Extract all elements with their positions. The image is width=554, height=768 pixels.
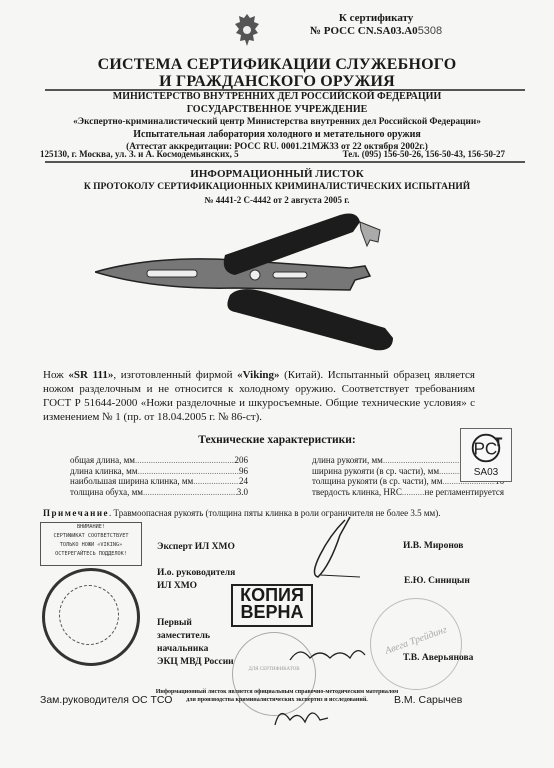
ministry-name: МИНИСТЕРСТВО ВНУТРЕННИХ ДЕЛ РОССИЙСКОЙ Ф… (0, 91, 554, 104)
spec-row: длина клинка, мм........................… (70, 466, 248, 477)
warning-line2: СЕРТИФИКАТ СООТВЕТСТВУЕТ (41, 532, 141, 541)
note: Примечание. Травмоопасная рукоять (толщи… (43, 508, 441, 518)
info-sheet-title: ИНФОРМАЦИОННЫЙ ЛИСТОК (0, 168, 554, 181)
deputy-name: В.М. Сарычев (394, 694, 462, 706)
address: 125130, г. Москва, ул. З. и А. Космодемь… (40, 149, 239, 159)
spec-leader-dots: ........................................… (193, 476, 239, 487)
deputy-role: Зам.руководителя ОС ТСО (40, 694, 172, 706)
manufacturer: «Viking» (237, 369, 279, 381)
phones: Тел. (095) 156-50-26, 156-50-43, 156-50-… (343, 149, 505, 159)
signer-name-first-deputy: Т.В. Аверьянова (403, 653, 473, 663)
spec-row: наибольшая ширина клинка, мм............… (70, 476, 248, 487)
mvd-seal (42, 568, 140, 666)
warning-line4: ОСТЕРЕГАЙТЕСЬ ПОДДЕЛОК! (41, 550, 141, 559)
system-title-line1: СИСТЕМА СЕРТИФИКАЦИИ СЛУЖЕБНОГО (0, 56, 554, 73)
spec-value: не регламентируется (425, 487, 504, 498)
spec-leader-dots: ........................................… (143, 487, 237, 498)
institution-type: ГОСУДАРСТВЕННОЕ УЧРЕЖДЕНИЕ (0, 104, 554, 117)
certificate-number-prefix: № РОСС CN.SA03.А0 (310, 25, 418, 37)
spec-leader-dots: ........................................… (138, 466, 239, 477)
spec-label: общая длина, мм (70, 455, 135, 466)
spec-label: толщина обуха, мм (70, 487, 143, 498)
rst-logo-icon: РС (461, 429, 511, 467)
warning-line3: ТОЛЬКО НОЖИ «VIKING» (41, 541, 141, 550)
system-title: СИСТЕМА СЕРТИФИКАЦИИ СЛУЖЕБНОГО И ГРАЖДА… (0, 56, 554, 90)
copy-stamp-line2: ВЕРНА (233, 604, 311, 621)
signer-role-acting-head: И.о. руководителя ИЛ ХМО (157, 567, 235, 593)
spec-label: длина клинка, мм (70, 466, 138, 477)
certificate-number: № РОСС CN.SA03.А05308 (310, 25, 442, 38)
description-paragraph: Нож «SR 111», изготовленный фирмой «Viki… (43, 368, 475, 424)
signature-deputy (285, 640, 375, 670)
certificate-number-suffix: 5308 (418, 25, 442, 37)
spec-value: 24 (239, 476, 248, 487)
spec-value: 96 (239, 466, 248, 477)
seal-eagle-icon (59, 585, 119, 645)
contact-row: 125130, г. Москва, ул. З. и А. Космодемь… (40, 149, 505, 159)
trade-seal: Авега Трейдинг (370, 598, 462, 690)
system-title-line2: И ГРАЖДАНСКОГО ОРУЖИЯ (0, 73, 554, 90)
spec-row: общая длина, мм.........................… (70, 455, 248, 466)
spec-leader-dots: ........................................… (135, 455, 235, 466)
copy-verified-stamp: КОПИЯ ВЕРНА (231, 584, 313, 627)
signature-sarychev (270, 700, 330, 735)
spec-row: толщина обуха, мм.......................… (70, 487, 248, 498)
laboratory-name: Испытательная лаборатория холодного и ме… (0, 129, 554, 142)
signer-role-first-deputy: Первый заместитель начальника ЭКЦ МВД Ро… (157, 617, 234, 669)
spec-label: ширина рукояти (в ср. части), мм (312, 466, 439, 477)
spec-label: твердость клинка, HRC (312, 487, 402, 498)
specs-left: общая длина, мм.........................… (70, 455, 248, 497)
spec-leader-dots: ........................................… (402, 487, 425, 498)
knife-image (95, 200, 425, 360)
spec-label: наибольшая ширина клинка, мм (70, 476, 193, 487)
desc-text-1: Нож (43, 369, 68, 381)
spec-label: длина рукояти, мм (312, 455, 383, 466)
divider-contacts (45, 161, 525, 163)
info-sheet-subtitle: К ПРОТОКОЛУ СЕРТИФИКАЦИОННЫХ КРИМИНАЛИСТ… (0, 181, 554, 194)
spec-value: 206 (235, 455, 249, 466)
signature-expert (300, 515, 370, 585)
signer-name-expert: И.В. Миронов (403, 541, 463, 551)
signer-role-expert: Эксперт ИЛ ХМО (157, 541, 235, 554)
institution-name: «Экспертно-криминалистический центр Мини… (0, 116, 554, 129)
note-text: . Травмоопасная рукоять (толщина пяты кл… (109, 508, 440, 518)
warning-line1: ВНИМАНИЕ! (41, 523, 141, 532)
certificate-ref-label: К сертификату (310, 12, 442, 25)
knife-model: «SR 111» (68, 369, 113, 381)
spec-row: твердость клинка, HRC...................… (312, 487, 504, 498)
note-label: Примечание (43, 508, 109, 518)
spec-value: 3.0 (237, 487, 248, 498)
certificate-reference: К сертификату № РОСС CN.SA03.А05308 (310, 12, 442, 38)
desc-text-2: , изготовленный фирмой (113, 369, 237, 381)
signer-name-acting-head: Е.Ю. Синицын (404, 576, 470, 586)
russian-coat-of-arms-icon (232, 12, 262, 48)
spec-label: толщина рукояти (в ср. части), мм (312, 476, 442, 487)
rst-certification-mark: РС SA03 (460, 428, 512, 482)
ministry-block: МИНИСТЕРСТВО ВНУТРЕННИХ ДЕЛ РОССИЙСКОЙ Ф… (0, 91, 554, 154)
svg-text:РС: РС (474, 440, 498, 459)
warning-stamp: ВНИМАНИЕ! СЕРТИФИКАТ СООТВЕТСТВУЕТ ТОЛЬК… (40, 522, 142, 566)
rst-code: SA03 (461, 467, 511, 478)
